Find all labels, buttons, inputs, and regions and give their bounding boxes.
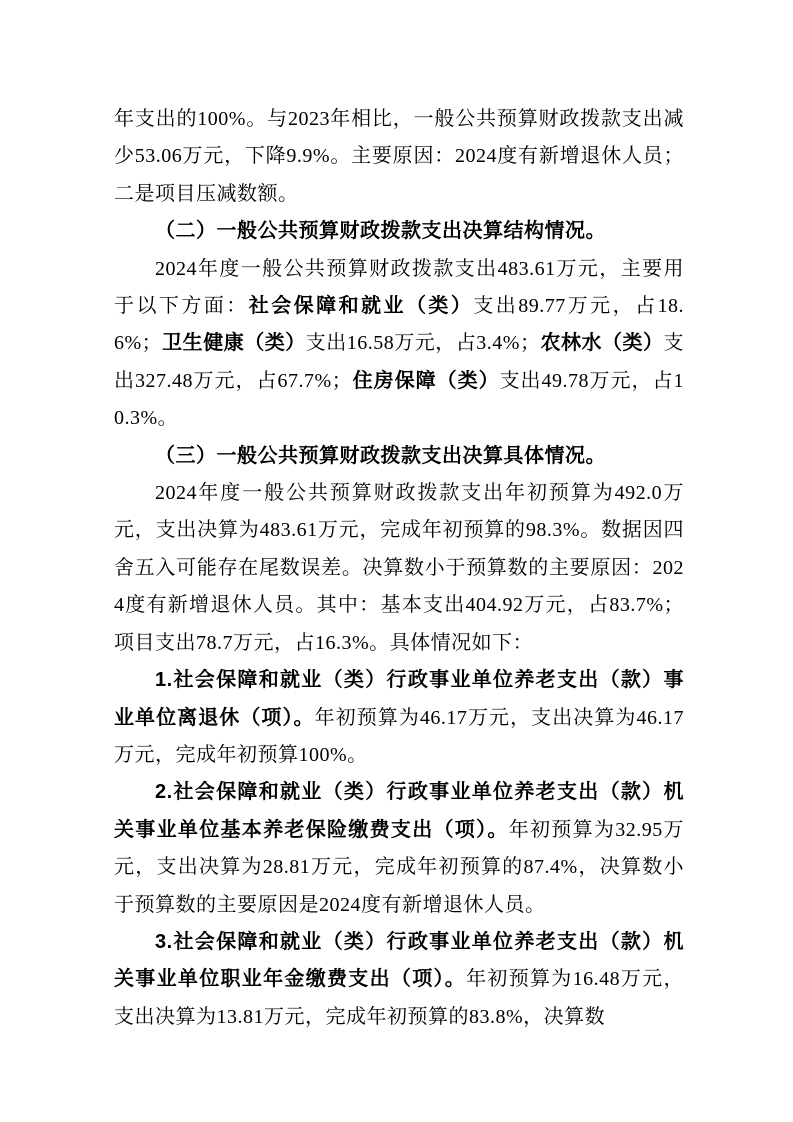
text-run-bold: （三）一般公共预算财政拨款支出决算具体情况。 (155, 445, 606, 467)
text-run-bold: 卫生健康（类） (162, 332, 306, 354)
text-run-bold: 农林水（类） (540, 332, 663, 354)
para-continuation-expenditure-compare: 年支出的100%。与2023年相比，一般公共预算财政拨款支出减少53.06万元，… (114, 101, 684, 213)
heading-section-2-structure: （二）一般公共预算财政拨款支出决算结构情况。 (114, 213, 684, 250)
para-item-3-annuity: 3.社会保障和就业（类）行政事业单位养老支出（款）机关事业单位职业年金缴费支出（… (114, 924, 684, 1036)
para-item-1-retirement: 1.社会保障和就业（类）行政事业单位养老支出（款）事业单位离退休（项）。年初预算… (114, 662, 684, 774)
document-page: 年支出的100%。与2023年相比，一般公共预算财政拨款支出减少53.06万元，… (0, 0, 793, 1122)
document-body: { "document": { "background_color": "#ff… (0, 0, 793, 1122)
heading-section-3-detail: （三）一般公共预算财政拨款支出决算具体情况。 (114, 438, 684, 475)
text-run-bold: 住房保障（类） (352, 370, 499, 392)
text-run-bold: 社会保障和就业（类） (249, 295, 474, 317)
text-run: 2024年度一般公共预算财政拨款支出年初预算为492.0万元，支出决算为483.… (114, 482, 684, 654)
document-page-content: 年支出的100%。与2023年相比，一般公共预算财政拨款支出减少53.06万元，… (114, 101, 684, 1036)
para-structure-breakdown: 2024年度一般公共预算财政拨款支出483.61万元，主要用于以下方面：社会保障… (114, 251, 684, 438)
text-run-bold: （二）一般公共预算财政拨款支出决算结构情况。 (155, 220, 606, 242)
para-detail-overview: 2024年度一般公共预算财政拨款支出年初预算为492.0万元，支出决算为483.… (114, 475, 684, 662)
text-run: 支出16.58万元，占3.4%； (306, 332, 541, 354)
text-run: 年支出的100%。与2023年相比，一般公共预算财政拨款支出减少53.06万元，… (114, 108, 684, 205)
para-item-2-basic-pension: 2.社会保障和就业（类）行政事业单位养老支出（款）机关事业单位基本养老保险缴费支… (114, 774, 684, 924)
